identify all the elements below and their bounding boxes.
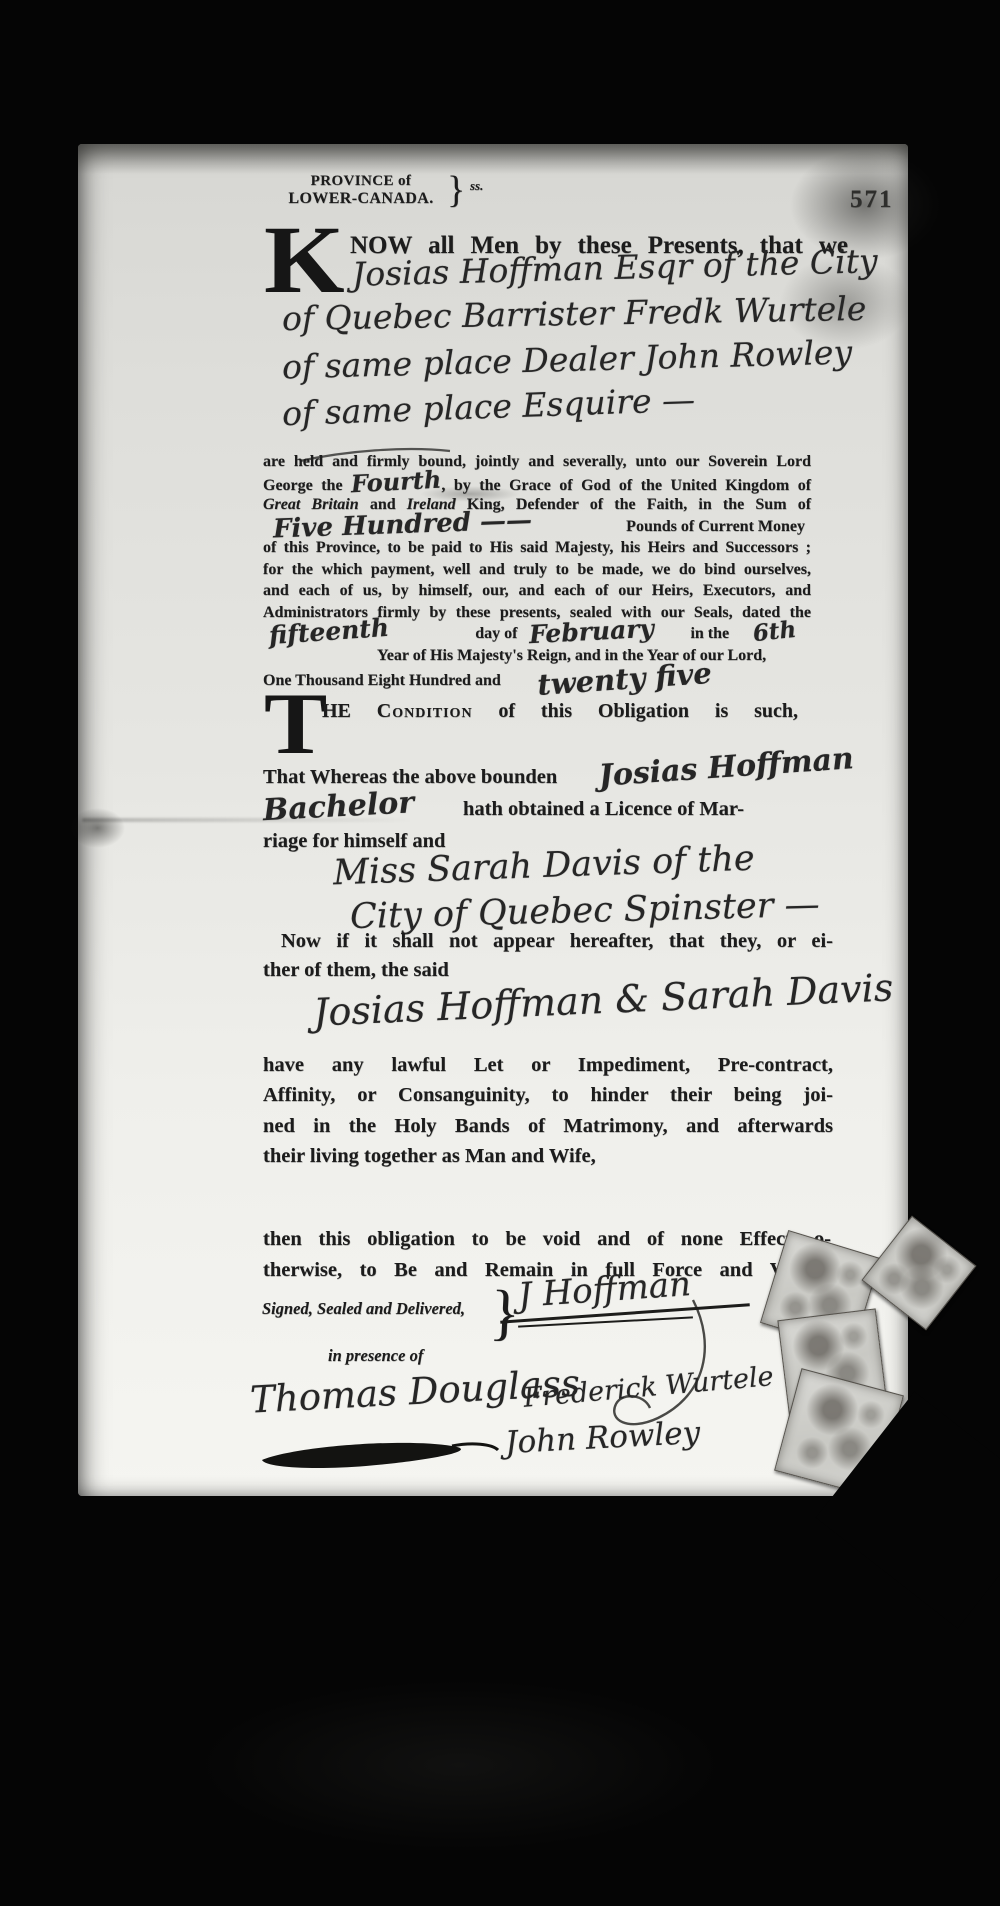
bond-paragraph: are held and firmly bound, jointly and s… <box>263 451 811 688</box>
bond-text: day of <box>475 623 517 645</box>
bond-line: Year of His Majesty's Reign, and in the … <box>377 645 811 667</box>
bond-line: fifteenthday ofFebruaryin the6th <box>263 623 811 645</box>
attestation-brace: } <box>489 1283 522 1342</box>
handwritten-groom-status: Bachelor <box>263 792 464 822</box>
page-number: 571 <box>850 186 894 214</box>
bond-text-italic: Great Britain <box>263 496 359 513</box>
condition-line: HE Condition of this Obligation is such, <box>322 700 798 723</box>
whereas-line: ther of them, the said <box>263 955 449 986</box>
bond-line: are held and firmly bound, jointly and s… <box>263 451 811 473</box>
handwritten-sum: Five Hundred —— <box>273 511 533 540</box>
dropcap-T: T <box>264 692 327 758</box>
in-presence-label: in presence of <box>328 1346 423 1366</box>
province-line1: PROVINCE of <box>276 172 446 190</box>
bond-text: in the <box>690 623 729 645</box>
header-brace: } <box>447 168 465 212</box>
handwritten-king-numeral: Fourth <box>351 470 442 495</box>
handwritten-regnal-year: 6th <box>752 621 797 645</box>
whereas-line: Bachelorhath obtained a Licence of Mar- <box>263 794 744 825</box>
bond-line: One Thousand Eight Hundred andtwenty fiv… <box>263 666 811 688</box>
condition-text: of this Obligation is such, <box>498 700 798 722</box>
whereas-text: hath obtained a Licence of Mar- <box>463 798 744 820</box>
condition-text: HE <box>322 700 351 722</box>
handwritten-year: twenty five <box>537 664 713 696</box>
bond-line: for the which payment, well and truly to… <box>263 559 811 581</box>
ss-abbreviation: ss. <box>470 178 483 194</box>
stain <box>200 1680 720 1850</box>
handwritten-month: February <box>529 620 655 647</box>
jurisdiction-heading: PROVINCE of LOWER-CANADA. <box>276 172 446 208</box>
impediment-clause: have any lawful Let or Impediment, Pre-c… <box>263 1050 833 1171</box>
clause-line: have any lawful Let or Impediment, Pre-c… <box>263 1050 833 1080</box>
whereas-line: Now if it shall not appear hereafter, th… <box>281 926 833 957</box>
clause-line: ned in the Holy Bands of Matrimony, and … <box>263 1111 833 1141</box>
clause-line: their living together as Man and Wife, <box>263 1141 833 1171</box>
bond-text: Pounds of Current Money <box>626 516 805 538</box>
bond-line: Five Hundred ——Pounds of Current Money <box>263 516 811 538</box>
bond-text: George the <box>263 477 343 494</box>
handwritten-day: fifteenth <box>268 619 389 647</box>
signature-flourish <box>256 1436 500 1478</box>
handwritten-groom-name: Josias Hoffman <box>598 750 854 788</box>
condition-smallcaps: Condition <box>377 700 473 722</box>
dropcap-K: K <box>264 224 345 296</box>
bond-line: George the Fourth, by the Grace of God o… <box>263 473 811 495</box>
signed-sealed-label: Signed, Sealed and Delivered, <box>262 1299 465 1319</box>
closing-line: then this obligation to be void and of n… <box>263 1224 831 1255</box>
bond-text: , by the Grace of God of the United King… <box>441 477 811 494</box>
scanned-document: PROVINCE of LOWER-CANADA. } ss. 571 K NO… <box>0 0 1000 1906</box>
clause-line: Affinity, or Consanguinity, to hinder th… <box>263 1080 833 1110</box>
bond-line: and each of us, by himself, our, and eac… <box>263 580 811 602</box>
